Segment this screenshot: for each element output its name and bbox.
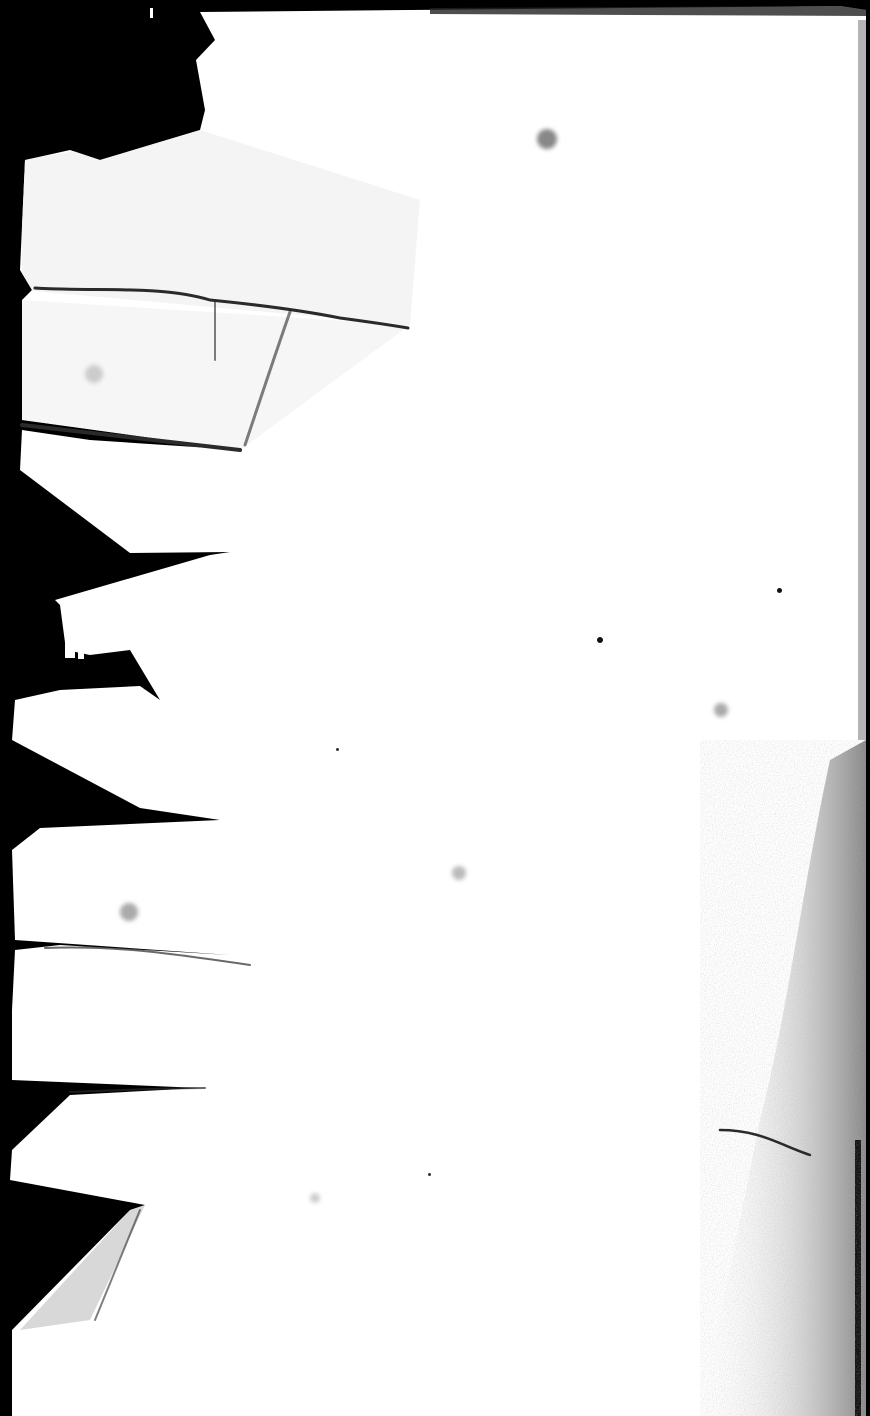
speck	[777, 588, 782, 593]
speck	[336, 748, 339, 751]
stain-spot	[310, 1193, 320, 1203]
speck	[597, 637, 603, 643]
stain-spot	[714, 703, 728, 717]
speck	[428, 1173, 431, 1176]
stain-spot	[537, 129, 557, 149]
stain-spot	[85, 365, 103, 383]
scanned-page	[0, 0, 870, 1416]
stain-spot	[452, 866, 466, 880]
stain-spot	[120, 903, 138, 921]
